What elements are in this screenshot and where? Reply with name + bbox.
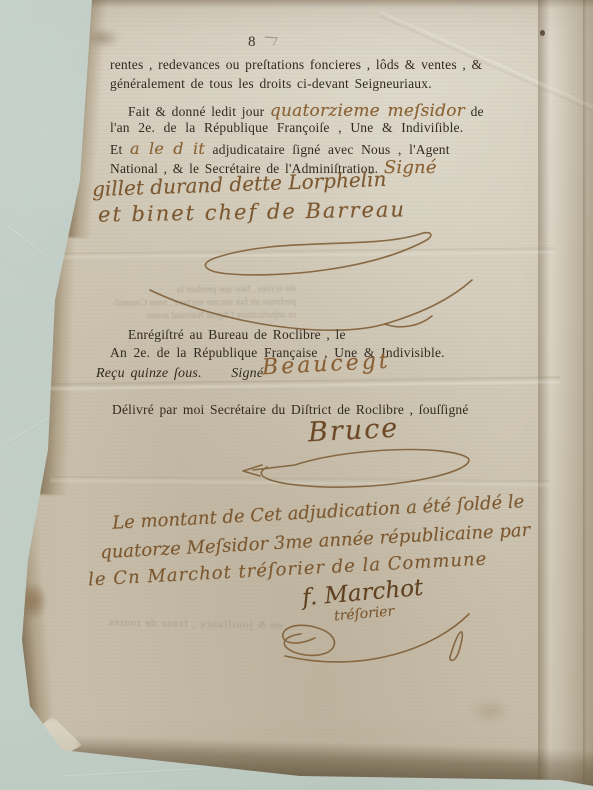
bruce-paraph-flourish — [235, 440, 485, 498]
document-paper: 8 rentes , redevances ou preſtations fon… — [0, 0, 593, 790]
page-number: 8 — [248, 34, 256, 51]
printed-text: adjudicataire ſigné avec Nous , l'Agent — [213, 142, 450, 157]
printed-text: Fait & donné ledit jour — [128, 104, 264, 119]
printed-text: Et — [110, 142, 122, 157]
printed-line-fait-2: l'an 2e. de la République Françoiſe , Un… — [110, 120, 463, 136]
horizontal-crease — [55, 247, 555, 259]
handwritten-signe: Signé — [384, 157, 437, 178]
printed-line-recu: Reçu quinze ſous. Signé — [96, 366, 263, 382]
paper-top-edge-browning — [80, 0, 593, 8]
ink-stain — [20, 584, 46, 618]
printed-text: Reçu quinze ſous. — [96, 366, 202, 381]
foxing-stain — [86, 28, 120, 48]
printed-text: de — [471, 104, 484, 119]
printed-line-rentes-1: rentes , redevances ou preſtations fonci… — [110, 57, 482, 73]
bleedthrough-text: été écrites , fans que pendant la perfon… — [112, 283, 296, 324]
bleedthrough-text-bottom: on & jouiſſance , franc de toutes — [108, 616, 283, 631]
printed-line-enregistre-1: Enrégiſtré au Bureau de Roclibre , le — [128, 327, 346, 343]
handwritten-date: quatorzieme meſsidor — [270, 101, 465, 121]
handwritten-insertion: a le d it — [130, 139, 205, 158]
handwritten-bruce-signature: Bruce — [307, 413, 400, 449]
printed-line-delivre: Délivré par moi Secrétaire du Diſtrict d… — [112, 402, 469, 418]
torn-corner — [20, 716, 82, 766]
backdrop-crease — [6, 225, 45, 256]
paper-left-edge-browning — [39, 215, 77, 496]
printed-signe: Signé — [231, 366, 263, 381]
backdrop-crease — [60, 768, 200, 777]
handwritten-names-line-2: et binet chef de Barreau — [98, 197, 406, 226]
backdrop-crease — [3, 416, 52, 445]
horizontal-crease — [50, 476, 550, 487]
pencil-mark — [261, 37, 278, 46]
printed-line-rentes-2: généralement de tous les droits ci-devan… — [110, 76, 432, 92]
ink-speck — [540, 30, 545, 36]
vertical-fold-line — [538, 0, 593, 790]
handwritten-recu-signature: Beaucegt — [261, 349, 391, 381]
paper-bottom-edge-browning — [26, 734, 593, 790]
foxing-stain — [470, 700, 510, 722]
vertical-fold-line — [583, 0, 587, 790]
printed-line-fait-3: Et a le d it adjudicataire ſigné avec No… — [110, 139, 450, 158]
photo-backdrop: 8 rentes , redevances ou preſtations fon… — [0, 0, 593, 790]
printed-line-fait-1: Fait & donné ledit jour quatorzieme meſs… — [128, 101, 484, 121]
